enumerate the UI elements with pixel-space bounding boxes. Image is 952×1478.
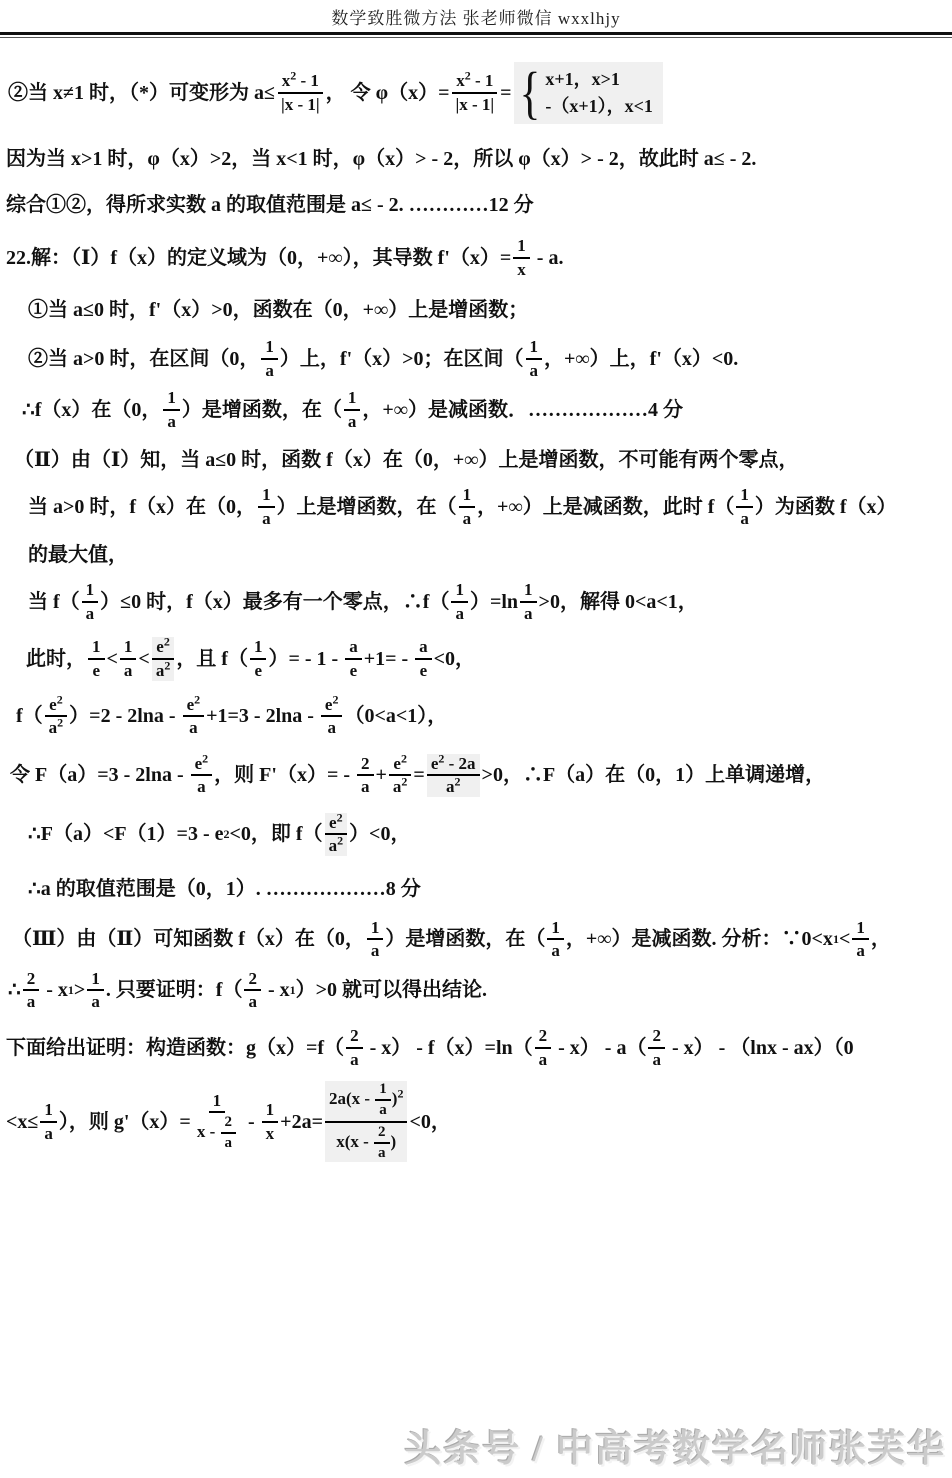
text-run: e [350,661,358,680]
fraction: 1e [88,637,105,680]
text-run: 2 [225,1114,233,1130]
text-run: （Ⅱ）由（Ⅰ）知，当 a≤0 时，函数 f（x）在（0，+∞）上是增函数，不可能… [14,447,799,473]
text-run: a [652,1050,661,1069]
header-rule-thin [0,37,952,38]
text-run: a [124,661,133,680]
text-run: a [262,509,271,528]
math-line: 因为当 x>1 时，φ（x）>2，当 x<1 时，φ（x）> - 2，所以 φ（… [2,146,950,172]
fraction: 1a [344,388,361,431]
watermark: 头条号 / 中高考数学名师张芙华 [404,1418,946,1472]
fraction: e2a2 [152,637,175,680]
fraction: 1a [526,337,543,380]
text-run: 2 [27,969,36,988]
text-run: > [74,977,85,1003]
text-run: e [92,661,100,680]
text-run: 2 [350,1026,359,1045]
text-run: x(x - [336,1132,373,1151]
text-run: - 1 [296,71,319,90]
text-run: 1 [530,337,539,356]
text-run: a [371,941,380,960]
text-run: x [517,260,526,279]
text-run: 1 [124,637,133,656]
math-line: ∴f（x）在（0，1a）是增函数，在（1a，+∞）是减函数．………………4 分 [2,388,950,431]
text-run: 1 [371,918,380,937]
piecewise-cases: {x+1，x>1-（x+1），x<1 [514,62,663,124]
text-run: a [348,412,357,431]
text-run: = [413,762,424,788]
fraction: 2a [23,969,40,1012]
text-run: +1=3 - 2lna - [206,703,319,729]
math-line: ②当 x≠1 时，（*）可变形为 a≤x2 - 1|x - 1|， 令 φ（x）… [2,62,950,124]
math-line: 下面给出证明：构造函数：g（x）=f（2a - x） - f（x）=ln（2a … [2,1026,950,1069]
superscript: 2 [337,810,343,824]
text-run: ②当 x≠1 时，（*）可变形为 a≤ [8,80,275,106]
text-run: a [44,1124,53,1143]
text-run: - [243,1109,260,1135]
text-run: a [361,777,370,796]
text-run: a [349,637,358,656]
fraction: 1a [375,1081,391,1120]
text-run: a [27,992,36,1011]
math-line: 当 a>0 时，f（x）在（0，1a）上是增函数，在（1a，+∞）上是减函数，此… [2,485,950,528]
text-run: a [91,992,100,1011]
text-run: a [455,604,464,623]
text-run: a [327,718,336,737]
text-run: = [500,80,511,106]
text-run: 22.解：（Ⅰ）f（x）的定义域为（0，+∞），其导数 f'（x）= [6,245,511,271]
text-run: a [189,718,198,737]
text-run: a [197,777,206,796]
text-run: ）=ln [470,589,518,615]
text-run: ）>0 就可以得出结论. [296,977,487,1003]
text-run: e [49,695,57,714]
text-run: . 只要证明：f（ [106,977,243,1003]
text-run: 1 [92,637,101,656]
text-run: ) [391,1132,397,1151]
fraction: 1a [163,388,180,431]
text-run: 1 [517,236,526,255]
text-run: 2 [248,969,257,988]
text-run: - x [41,977,68,1003]
text-run: a [740,509,749,528]
text-run: ）上，f'（x）>0；在区间（ [280,346,524,372]
fraction: 1a [451,580,468,623]
math-line: f（e2a2）=2 - 2lna - e2a+1=3 - 2lna - e2a（… [2,695,950,738]
text-run: a [86,604,95,623]
fraction: e2a2 [389,754,412,797]
text-run: ， [871,926,891,952]
text-run: 1 [856,918,865,937]
text-run: 1 [254,637,263,656]
text-run: 2 [378,1124,386,1140]
text-run: <0， [434,646,475,672]
text-run: 1 [266,1100,275,1119]
text-run: a [524,604,533,623]
text-run: ①当 a≤0 时，f'（x）>0，函数在（0，+∞）上是增函数； [28,297,528,323]
superscript: 2 [194,692,200,706]
text-run: 1 [551,918,560,937]
text-run: e [156,637,164,656]
fraction: 2a [357,754,374,797]
fraction: 1a [40,1100,57,1143]
superscript: 2 [454,775,460,789]
text-run: ②当 a>0 时，在区间（0， [28,346,259,372]
text-run: a [419,637,428,656]
fraction: 1a [547,918,564,961]
fraction: x2 - 1|x - 1| [452,71,499,114]
text-run: ，且 f（ [176,646,248,672]
text-run: a [248,992,257,1011]
math-line: 此时，1e<1a<e2a2，且 f（1e）= - 1 - ae+1= - ae<… [2,637,950,680]
fraction: 2a [346,1026,363,1069]
fraction: e2a [321,695,343,738]
text-run: a [378,1145,386,1161]
superscript: 2 [401,775,407,789]
text-run: a [265,361,274,380]
text-run: e [329,813,337,832]
content-lines: ②当 x≠1 时，（*）可变形为 a≤x2 - 1|x - 1|， 令 φ（x）… [2,62,950,1162]
text-run: >0，∴F（a）在（0，1）上单调递增， [482,762,826,788]
fraction: e2a [183,695,205,738]
text-run: （0<a<1）， [344,703,447,729]
text-run: x [282,71,291,90]
text-run: < [138,646,149,672]
math-line: 22.解：（Ⅰ）f（x）的定义域为（0，+∞），其导数 f'（x）=1x - a… [2,236,950,279]
text-run: <x≤ [6,1109,38,1135]
text-run: 1 [86,580,95,599]
text-run: 1 [348,388,357,407]
solution-content: ②当 x≠1 时，（*）可变形为 a≤x2 - 1|x - 1|， 令 φ（x）… [0,62,952,1162]
text-run: +2a= [280,1109,323,1135]
text-run: 1 [213,1091,222,1110]
fraction: 1x - 2a [193,1091,241,1153]
text-run: 2a(x - [329,1089,374,1108]
fraction: 2a [648,1026,665,1069]
text-run: 1 [740,485,749,504]
text-run: |x - 1| [281,95,320,114]
text-run: ∴a 的取值范围是（0，1）. ………………8 分 [28,876,421,902]
fraction: 1a [852,918,869,961]
fraction: e2a2 [325,813,348,856]
text-run: ∴F（a）<F（1）=3 - e [28,821,224,847]
superscript: 2 [337,834,343,848]
text-run: ）<0， [349,821,410,847]
text-run: 令 F（a）=3 - 2lna - [10,762,189,788]
text-run: - 1 [471,71,494,90]
text-run: a [463,509,472,528]
text-run: ∴f（x）在（0， [22,397,161,423]
text-run: （Ⅲ）由（Ⅱ）可知函数 f（x）在（0， [12,926,365,952]
text-run: - 2a [444,754,475,773]
superscript: 2 [164,658,170,672]
math-line: <x≤1a），则 g'（x）=1x - 2a - 1x+2a=2a(x - 1a… [2,1081,950,1162]
text-run: 1 [262,485,271,504]
superscript: 2 [401,751,407,765]
math-line: ①当 a≤0 时，f'（x）>0，函数在（0，+∞）上是增函数； [2,297,950,323]
fraction: 2a [535,1026,552,1069]
fraction: 1a [520,580,537,623]
superscript: 2 [332,692,338,706]
text-run: ，则 F'（x）= - [214,762,355,788]
text-run: + [376,762,387,788]
text-run: 的最大值， [28,542,128,568]
text-run: ）上是增函数，在（ [277,494,457,520]
text-run: ，+∞）是减函数. 分析：∵0<x [566,926,833,952]
text-run: a [551,941,560,960]
text-run: 1 [44,1100,53,1119]
text-run: - a. [532,245,564,271]
text-run: e [254,661,262,680]
text-run: x [266,1124,275,1143]
text-run: 2 [539,1026,548,1045]
text-run: f（ [16,703,43,729]
superscript: 2 [164,635,170,649]
text-run: 1 [379,1081,387,1097]
text-run: 2 [361,754,370,773]
text-run: a [856,941,865,960]
math-line: 综合①②，得所求实数 a 的取值范围是 a≤ - 2. …………12 分 [2,192,950,218]
fraction: 1a [87,969,104,1012]
text-run: a [167,412,176,431]
text-run: <0，即 f（ [230,821,323,847]
math-line: 的最大值， [2,542,950,568]
fraction: 2a(x - 1a)2x(x - 2a) [325,1081,408,1162]
fraction: 1e [250,637,267,680]
fraction: 1x [513,236,530,279]
text-run: - x） - a（ [553,1035,646,1061]
text-run: 当 a>0 时，f（x）在（0， [28,494,256,520]
case-row: x+1，x>1 [545,66,620,93]
text-run: - x） - f（x）=ln（ [365,1035,533,1061]
superscript: 2 [57,692,63,706]
fraction: ae [415,637,432,680]
text-run: ，+∞）是减函数．………………4 分 [362,397,683,423]
text-run: ）为函数 f（x） [755,494,897,520]
page-header: 数学致胜微方法 张老师微信 wxxlhjy [0,0,952,38]
superscript: 2 [57,715,63,729]
left-brace: { [519,67,540,119]
text-run: 当 f（ [28,589,80,615]
math-line: （Ⅲ）由（Ⅱ）可知函数 f（x）在（0，1a）是增函数，在（1a，+∞）是减函数… [2,918,950,961]
text-run: ）≤0 时，f（x）最多有一个零点，∴f（ [100,589,449,615]
text-run: 2 [652,1026,661,1045]
text-run: a [539,1050,548,1069]
fraction: e2 - 2aa2 [427,754,480,797]
header-title: 数学致胜微方法 张老师微信 wxxlhjy [0,4,952,29]
math-line: ∴F（a）<F（1）=3 - e2<0，即 f（e2a2）<0， [2,813,950,856]
superscript: 2 [202,751,208,765]
fraction: x2 - 1|x - 1| [277,71,324,114]
text-run: +1= - [364,646,413,672]
text-run: 1 [265,337,274,356]
math-line: 令 F（a）=3 - 2lna - e2a，则 F'（x）= - 2a+e2a2… [2,754,950,797]
text-run: 1 [463,485,472,504]
case-row: -（x+1），x<1 [545,93,653,120]
fraction: 1a [258,485,275,528]
text-run: ）=2 - 2lna - [69,703,180,729]
text-run: x - [197,1122,220,1141]
text-run: a [49,718,58,737]
math-line: ②当 a>0 时，在区间（0，1a）上，f'（x）>0；在区间（1a，+∞）上，… [2,337,950,380]
text-run: 1 [455,580,464,599]
text-run: < [107,646,118,672]
text-run: ，+∞）上，f'（x）<0. [544,346,738,372]
text-run: 因为当 x>1 时，φ（x）>2，当 x<1 时，φ（x）> - 2，所以 φ（… [6,146,756,172]
text-run: <0， [409,1109,450,1135]
math-line: ∴2a - x1>1a. 只要证明：f（2a - x1）>0 就可以得出结论. [2,969,950,1012]
text-run: x [456,71,465,90]
text-run: 此时， [26,646,86,672]
text-run: e [187,695,195,714]
text-run: e [420,661,428,680]
text-run: 1 [91,969,100,988]
fraction: e2a [191,754,213,797]
math-line: 当 f（1a）≤0 时，f（x）最多有一个零点，∴f（1a）=ln1a>0，解得… [2,580,950,623]
text-run: a [225,1135,233,1151]
text-run: a [329,836,338,855]
fraction: 1a [459,485,476,528]
header-rule-thick [0,32,952,35]
text-run: a [379,1102,387,1118]
text-run: 下面给出证明：构造函数：g（x）=f（ [6,1035,344,1061]
fraction: 2a [244,969,261,1012]
fraction: e2a2 [45,695,68,738]
text-run: ）是增函数，在（ [182,397,342,423]
superscript: 2 [397,1087,403,1101]
text-run: ，+∞）上是减函数，此时 f（ [477,494,734,520]
text-run: ），则 g'（x）= [59,1109,191,1135]
fraction: 2a [374,1124,390,1163]
text-run: |x - 1| [456,95,495,114]
fraction: 2a [221,1114,237,1153]
math-line: （Ⅱ）由（Ⅰ）知，当 a≤0 时，函数 f（x）在（0，+∞）上是增函数，不可能… [2,447,950,473]
text-run: ∴ [8,977,21,1003]
fraction: 1a [736,485,753,528]
fraction: 1a [82,580,99,623]
text-run: 1 [167,388,176,407]
text-run: 1 [524,580,533,599]
text-run: 综合①②，得所求实数 a 的取值范围是 a≤ - 2. …………12 分 [6,192,534,218]
fraction: 1x [262,1100,279,1143]
text-run: a [350,1050,359,1069]
text-run: ， 令 φ（x）= [326,80,450,106]
text-run: >0，解得 0<a<1， [539,589,698,615]
text-run: ）= - 1 - [268,646,343,672]
text-run: - x [263,977,290,1003]
fraction: 1a [367,918,384,961]
text-run: ）是增函数，在（ [385,926,545,952]
fraction: 1a [261,337,278,380]
math-line: ∴a 的取值范围是（0，1）. ………………8 分 [2,876,950,902]
text-run: - x） - （lnx - ax）（0 [667,1035,854,1061]
text-run: < [839,926,850,952]
text-run: a [530,361,539,380]
fraction: 1a [120,637,137,680]
text-run: e [393,754,401,773]
fraction: ae [345,637,362,680]
